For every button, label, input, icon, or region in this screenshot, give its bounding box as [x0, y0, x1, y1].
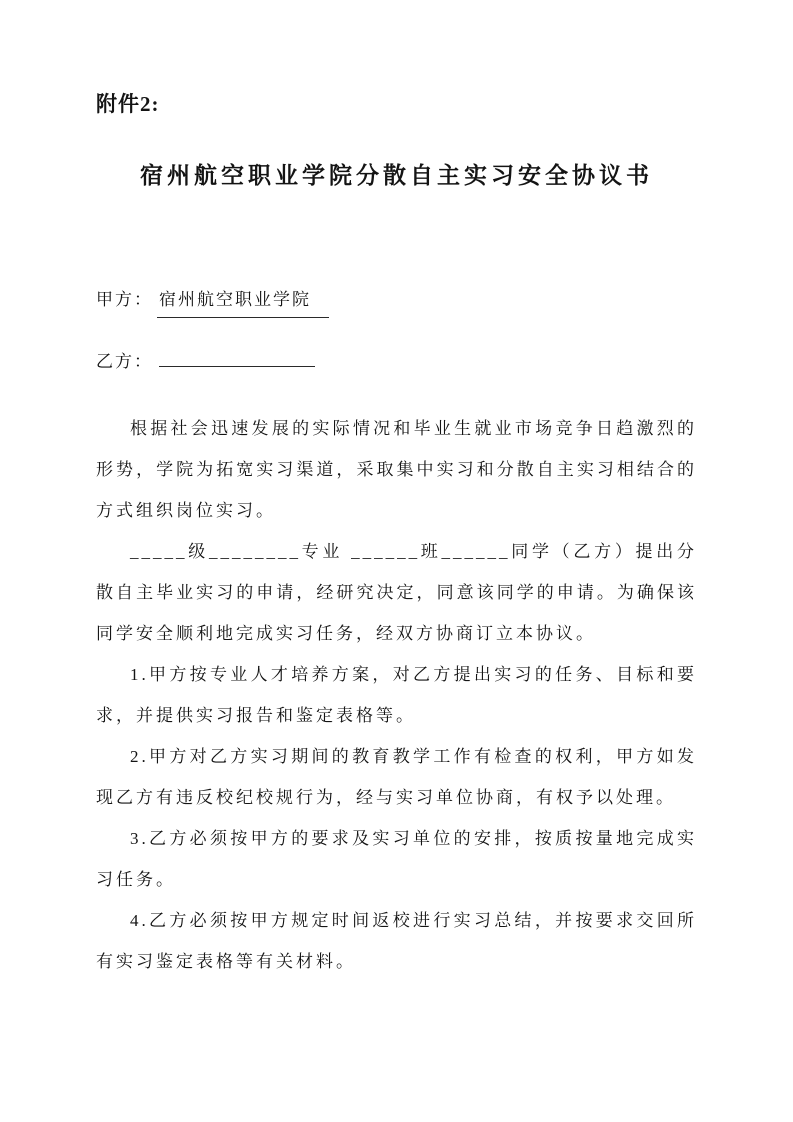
document-title: 宿州航空职业学院分散自主实习安全协议书 [96, 158, 697, 194]
paragraph-background: 根据社会迅速发展的实际情况和毕业生就业市场竞争日趋激烈的形势，学院为拓宽实习渠道… [96, 408, 697, 531]
party-a-value: 宿州航空职业学院 [157, 284, 329, 318]
document-page: 附件2: 宿州航空职业学院分散自主实习安全协议书 甲方：宿州航空职业学院 乙方：… [0, 0, 793, 1122]
party-b-line: 乙方： [96, 346, 697, 378]
party-a-line: 甲方：宿州航空职业学院 [96, 284, 697, 318]
clause-4: 4.乙方必须按甲方规定时间返校进行实习总结，并按要求交回所有实习鉴定表格等有关材… [96, 900, 697, 982]
clause-3: 3.乙方必须按甲方的要求及实习单位的安排，按质按量地完成实习任务。 [96, 818, 697, 900]
clause-1: 1.甲方按专业人才培养方案，对乙方提出实习的任务、目标和要求，并提供实习报告和鉴… [96, 654, 697, 736]
party-a-label: 甲方： [96, 284, 153, 316]
party-b-blank [159, 347, 315, 367]
attachment-label: 附件2: [96, 88, 697, 120]
document-body: 根据社会迅速发展的实际情况和毕业生就业市场竞争日趋激烈的形势，学院为拓宽实习渠道… [96, 408, 697, 982]
paragraph-application: _____级________专业 ______班______同学（乙方）提出分散… [96, 531, 697, 654]
clause-2: 2.甲方对乙方实习期间的教育教学工作有检查的权利，甲方如发现乙方有违反校纪校规行… [96, 736, 697, 818]
party-b-label: 乙方： [96, 346, 153, 378]
